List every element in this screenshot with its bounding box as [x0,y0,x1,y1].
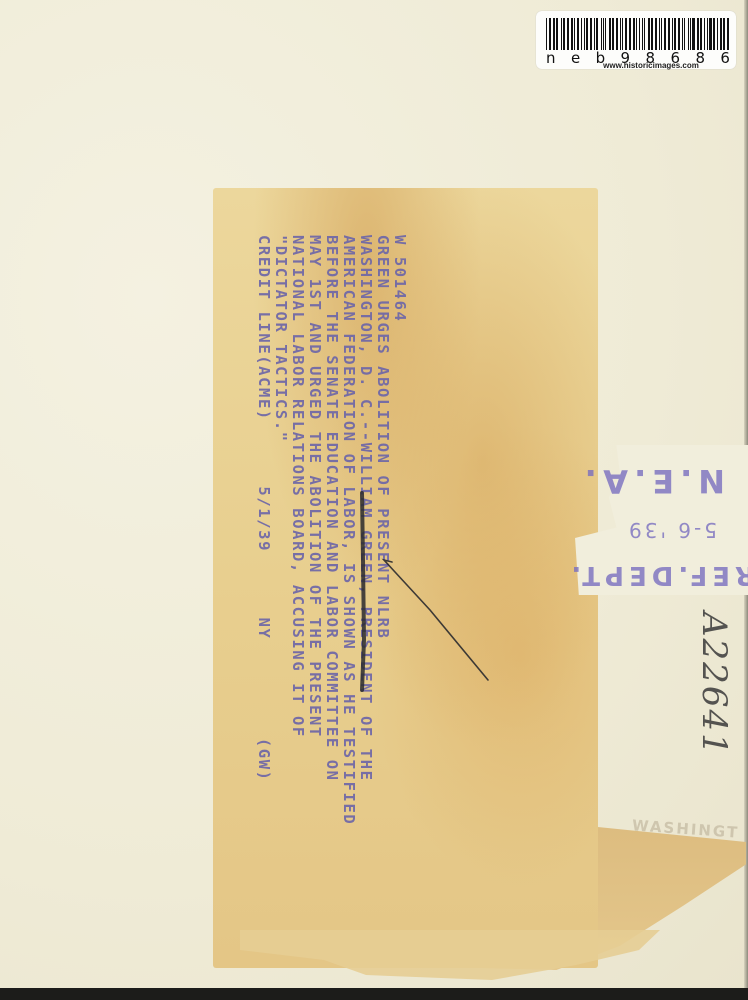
caption-line: BEFORE THE SENATE EDUCATION AND LABOR CO… [323,235,340,825]
stamp-date: 5-6 '39 [626,518,717,542]
caption-line: W 501464 [391,235,408,825]
stamp-org: N.E.A. [579,462,725,500]
barcode-icon [546,18,730,50]
caption-line: AMERICAN FEDERATION OF LABOR, IS SHOWN A… [340,235,357,825]
caption-line: "DICTATOR TACTICS." [272,235,289,825]
scan-bottom-edge [0,988,748,1000]
caption-line: CREDIT LINE(ACME) 5/1/39 NY (GW) [255,235,272,825]
stamp-dept: REF.DEPT. [566,560,748,590]
caption-line: NATIONAL LABOR RELATIONS BOARD, ACCUSING… [289,235,306,825]
caption-line: GREEN URGES ABOLITION OF PRESENT NLRB [374,235,391,825]
caption-line: MAY 1ST AND URGED THE ABOLITION OF THE P… [306,235,323,825]
nea-ref-dept-stamp: N.E.A. 5-6 '39 REF.DEPT. [575,430,745,610]
caption-line: WASHINGTON, D. C.--WILLIAM GREEN, PRESID… [357,235,374,825]
typewritten-caption: W 501464GREEN URGES ABOLITION OF PRESENT… [255,235,408,825]
barcode-label: neb98686 www.historicimages.com [536,11,736,69]
handwritten-catalog-number: A22641 [694,612,734,757]
barcode-url: www.historicimages.com [536,61,736,70]
